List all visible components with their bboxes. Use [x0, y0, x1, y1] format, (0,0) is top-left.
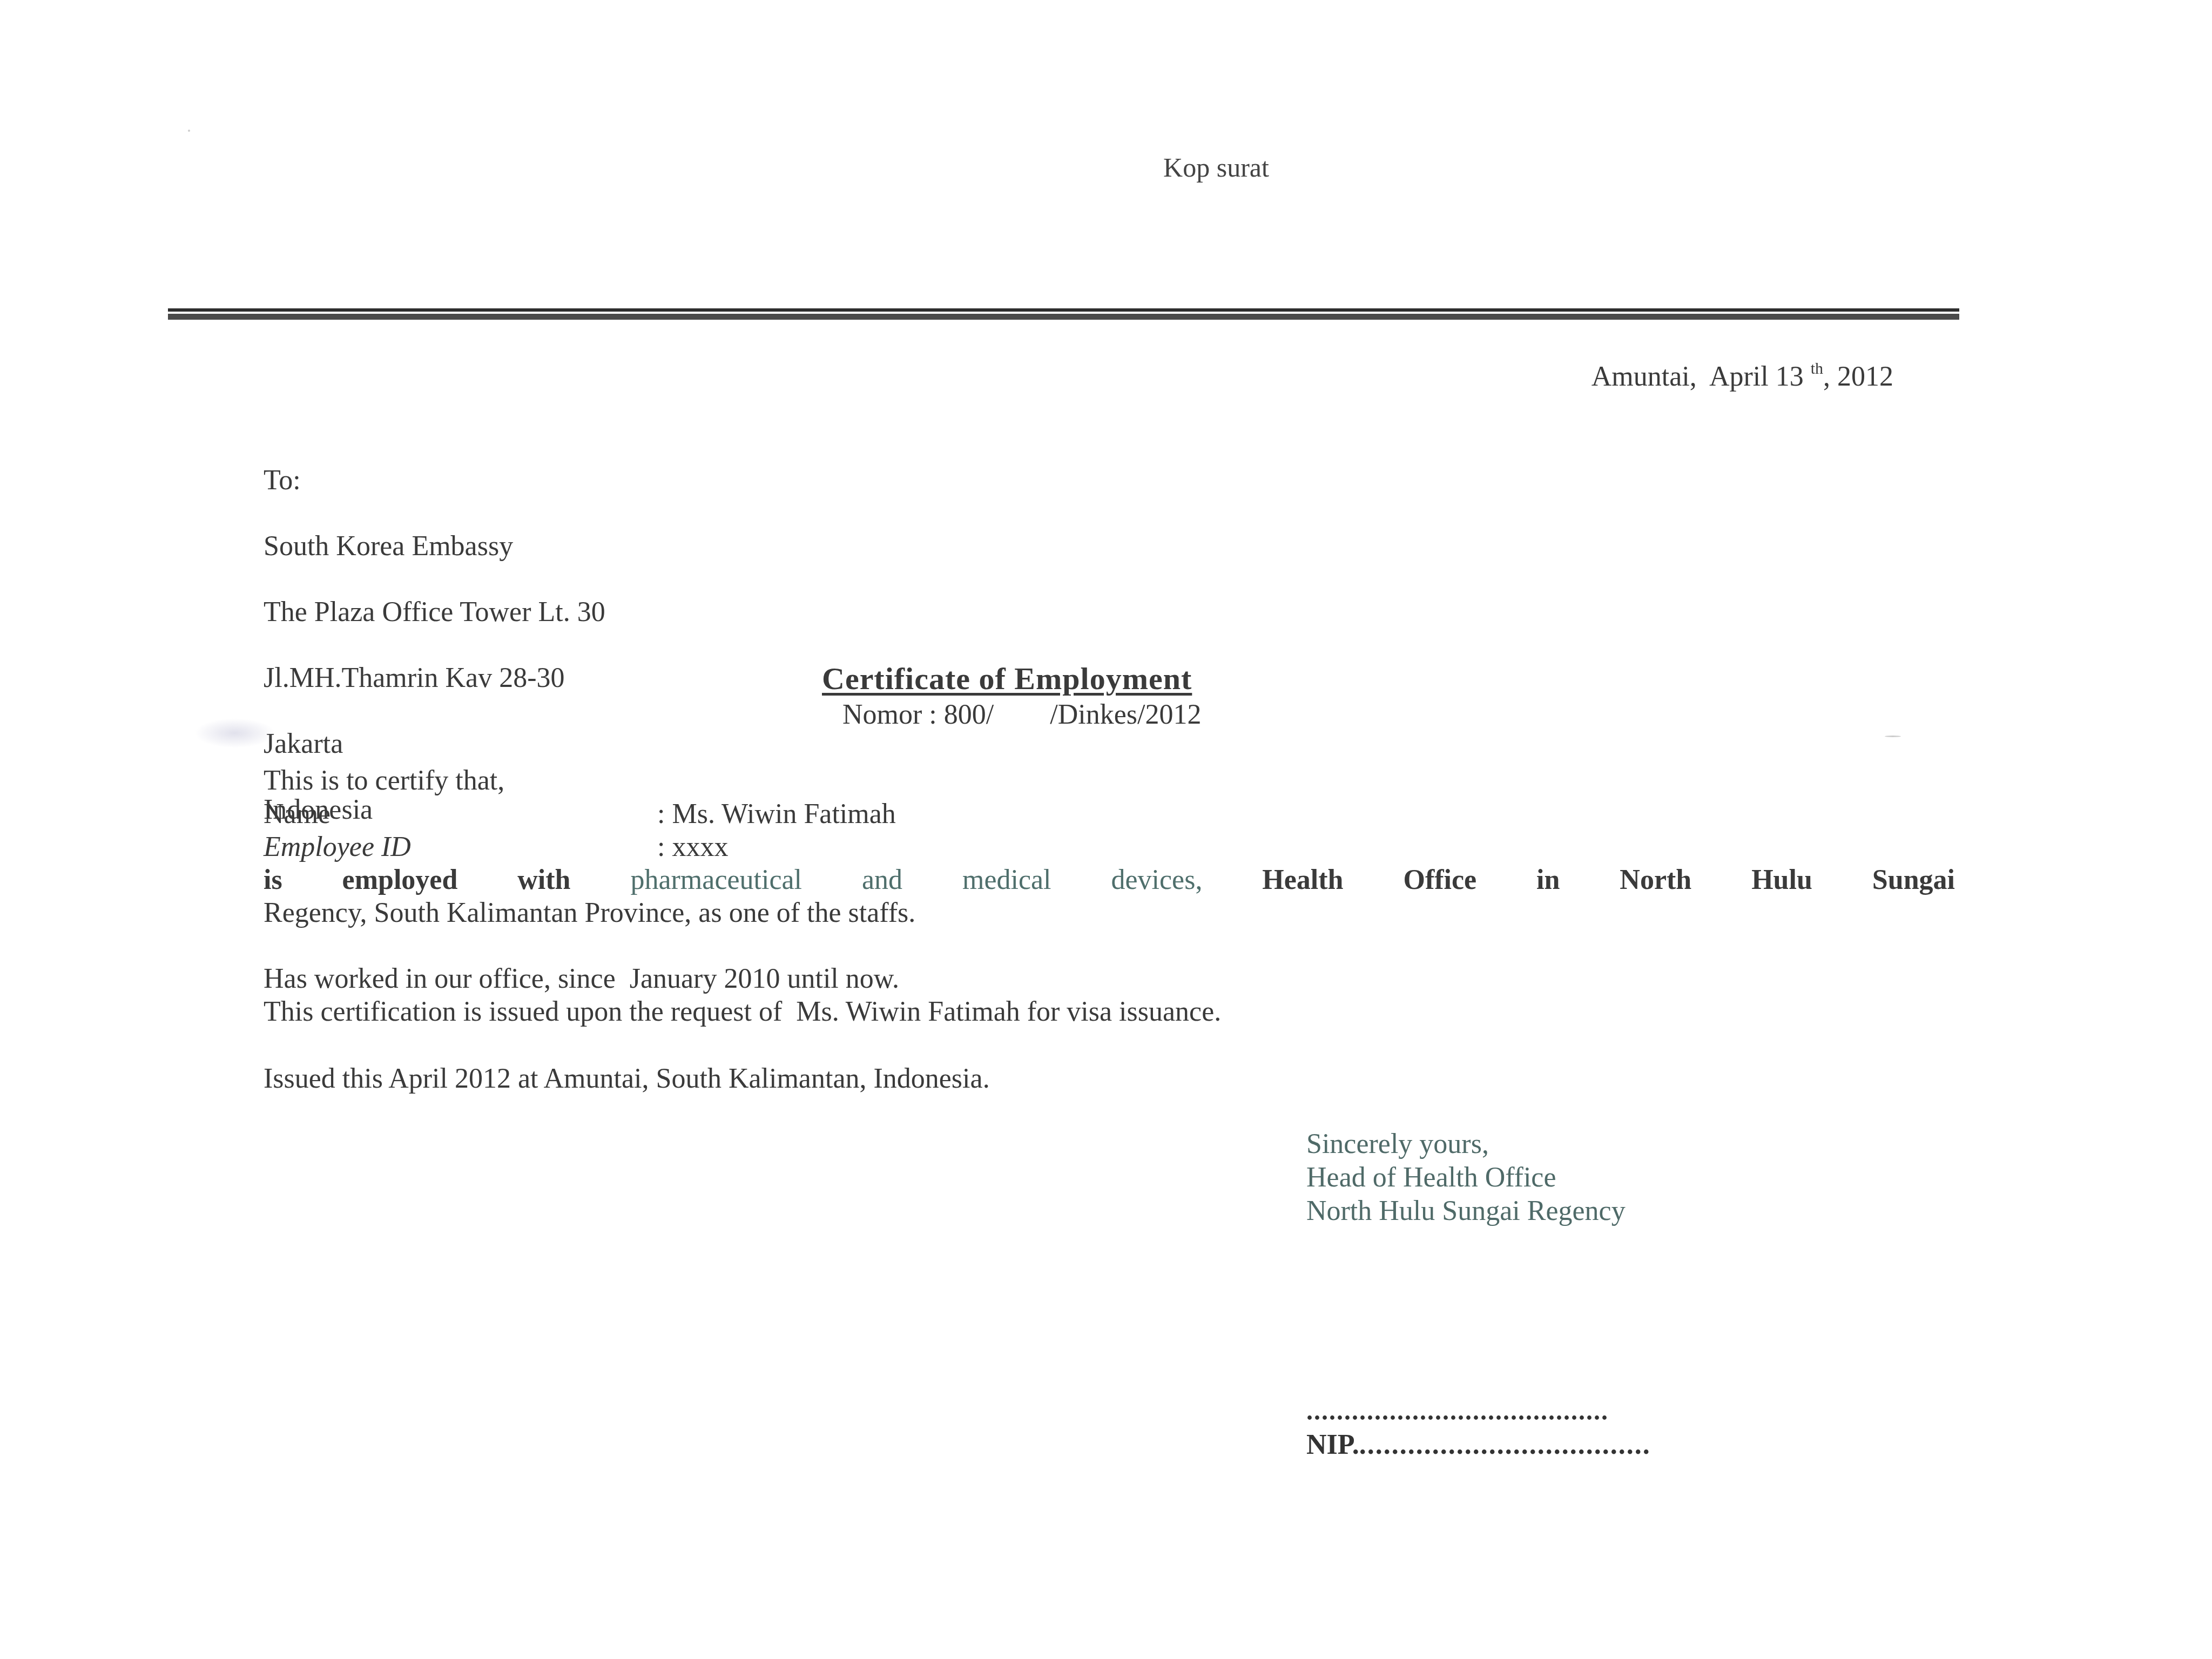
letterhead-placeholder: Kop surat [0, 154, 2212, 181]
reference-number: Nomor : 800/ /Dinkes/2012 [842, 701, 1201, 729]
signature-line: ........................................ [1306, 1399, 1609, 1425]
signature-closing: Sincerely yours, [1306, 1130, 1489, 1158]
scan-speck [1885, 736, 1901, 737]
date-year: , 2012 [1823, 361, 1893, 392]
employment-department: pharmaceutical and medical devices, [630, 865, 1202, 895]
issued-text: Issued this April 2012 at Amuntai, South… [264, 1065, 990, 1093]
letterhead-rule-thick [168, 314, 1959, 320]
date-month-day: April 13 [1709, 361, 1804, 392]
employment-line-2: Regency, South Kalimantan Province, as o… [264, 899, 915, 927]
employment-line-1: is employed with pharmaceutical and medi… [264, 866, 1955, 894]
recipient-line: Jakarta [264, 727, 605, 760]
recipient-line: South Korea Embassy [264, 530, 605, 563]
recipient-line: To: [264, 464, 605, 497]
nip-line: NIP..................................... [1306, 1431, 1651, 1459]
field-value-name: : Ms. Wiwin Fatimah [657, 800, 896, 828]
nip-label: NIP. [1306, 1429, 1359, 1460]
date-line: Amuntai, April 13 th, 2012 [1591, 363, 1893, 391]
employment-suffix: Health Office in North Hulu Sungai [1262, 865, 1955, 895]
date-suffix: th [1811, 360, 1823, 377]
recipient-line: The Plaza Office Tower Lt. 30 [264, 596, 605, 629]
employment-prefix: is employed with [264, 865, 571, 895]
letterhead-rule-thin [168, 308, 1959, 312]
signature-title-1: Head of Health Office [1306, 1164, 1556, 1192]
scan-speck [188, 130, 190, 132]
date-place: Amuntai, [1591, 361, 1697, 392]
signature-title-2: North Hulu Sungai Regency [1306, 1197, 1626, 1225]
scan-smudge [194, 718, 275, 748]
field-label-employee-id: Employee ID [264, 833, 411, 861]
intro-text: This is to certify that, [264, 767, 504, 795]
nip-dots: .................................... [1359, 1429, 1651, 1460]
field-label-name: Name [264, 800, 331, 828]
document-title: Certificate of Employment [822, 663, 1192, 694]
purpose-text: This certification is issued upon the re… [264, 998, 1221, 1026]
recipient-line: Jl.MH.Thamrin Kav 28-30 [264, 662, 605, 694]
tenure-text: Has worked in our office, since January … [264, 965, 899, 993]
field-value-employee-id: : xxxx [657, 833, 728, 861]
